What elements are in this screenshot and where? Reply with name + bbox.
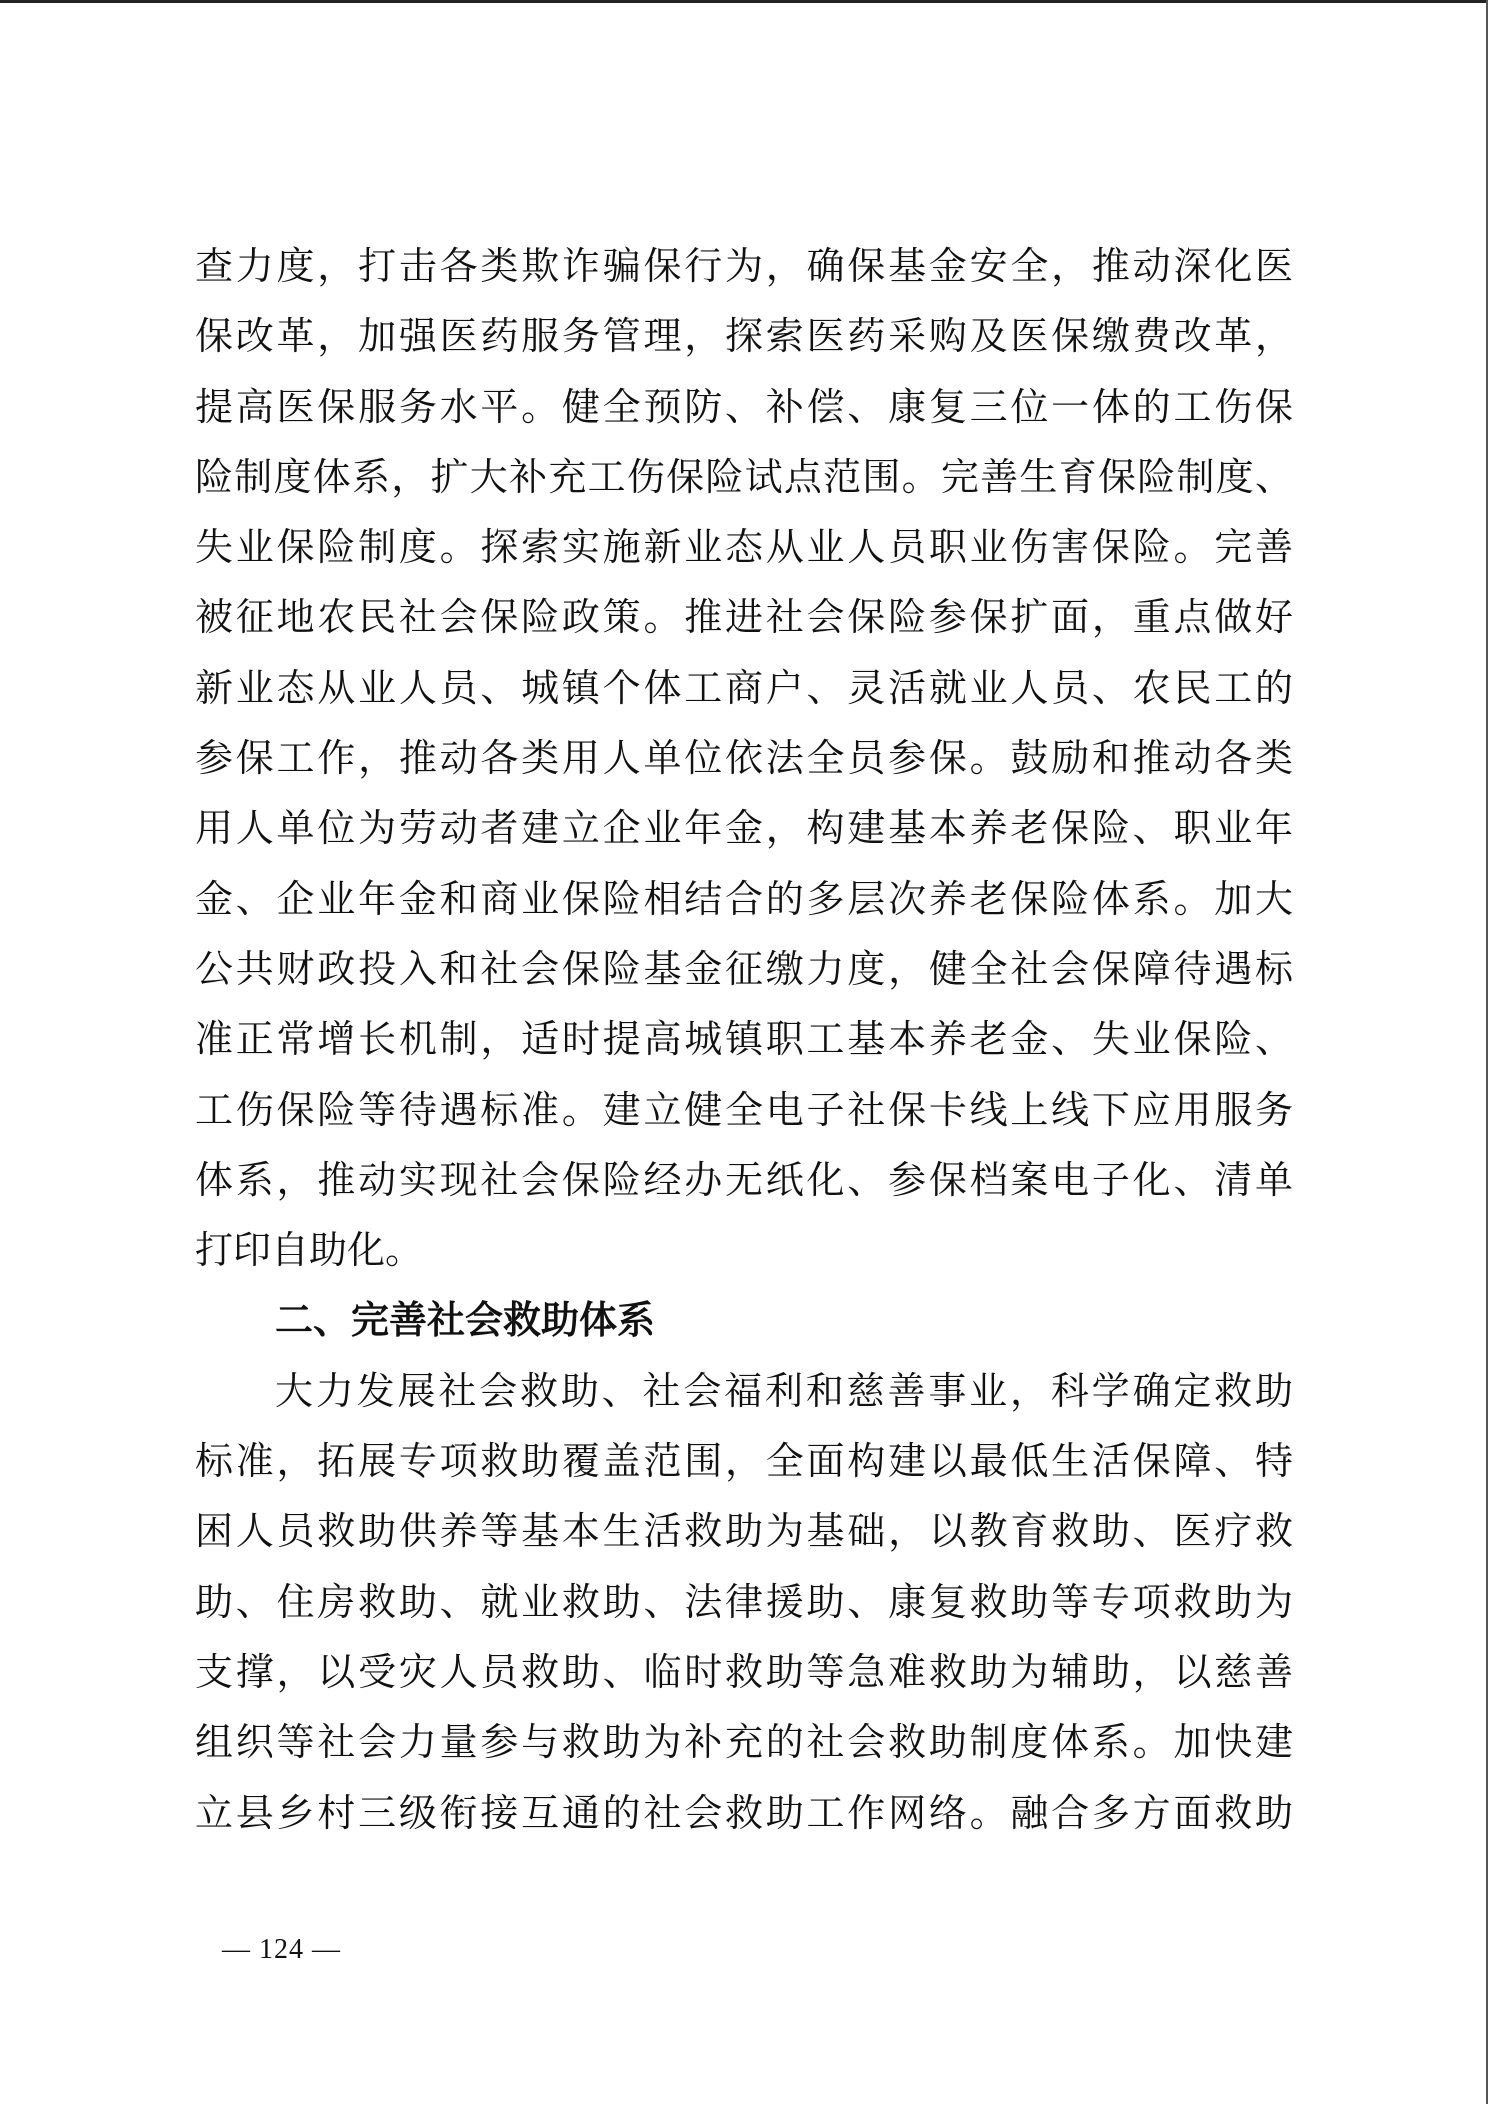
paragraph-end-line: 打印自助化。 xyxy=(195,1225,1293,1295)
body-line: 体系，推动实现社会保险经办无纸化、参保档案电子化、清单 xyxy=(195,1155,1293,1225)
page-number: — 124 — xyxy=(222,1934,341,1966)
body-line: 提高医保服务水平。健全预防、补偿、康复三位一体的工伤保 xyxy=(195,382,1293,452)
body-line: 公共财政投入和社会保险基金征缴力度，健全社会保障待遇标 xyxy=(195,944,1293,1014)
body-line: 失业保险制度。探索实施新业态从业人员职业伤害保险。完善 xyxy=(195,522,1293,592)
body-line: 金、企业年金和商业保险相结合的多层次养老保险体系。加大 xyxy=(195,874,1293,944)
section-heading: 二、完善社会救助体系 xyxy=(195,1295,1293,1365)
body-line: 准正常增长机制，适时提高城镇职工基本养老金、失业保险、 xyxy=(195,1014,1293,1084)
document-page: 查力度，打击各类欺诈骗保行为，确保基金安全，推动深化医 保改革，加强医药服务管理… xyxy=(195,241,1293,1858)
body-line: 困人员救助供养等基本生活救助为基础，以教育救助、医疗救 xyxy=(195,1506,1293,1576)
body-line: 新业态从业人员、城镇个体工商户、灵活就业人员、农民工的 xyxy=(195,663,1293,733)
body-line: 支撑，以受灾人员救助、临时救助等急难救助为辅助，以慈善 xyxy=(195,1647,1293,1717)
body-line: 保改革，加强医药服务管理，探索医药采购及医保缴费改革， xyxy=(195,311,1293,381)
body-line: 助、住房救助、就业救助、法律援助、康复救助等专项救助为 xyxy=(195,1577,1293,1647)
body-line: 被征地农民社会保险政策。推进社会保险参保扩面，重点做好 xyxy=(195,592,1293,662)
body-line: 标准，拓展专项救助覆盖范围，全面构建以最低生活保障、特 xyxy=(195,1436,1293,1506)
body-line: 立县乡村三级衔接互通的社会救助工作网络。融合多方面救助 xyxy=(195,1788,1293,1858)
top-border xyxy=(0,0,1488,3)
body-line: 用人单位为劳动者建立企业年金，构建基本养老保险、职业年 xyxy=(195,803,1293,873)
body-line: 险制度体系，扩大补充工伤保险试点范围。完善生育保险制度、 xyxy=(195,452,1293,522)
body-line: 查力度，打击各类欺诈骗保行为，确保基金安全，推动深化医 xyxy=(195,241,1293,311)
body-line: 参保工作，推动各类用人单位依法全员参保。鼓励和推动各类 xyxy=(195,733,1293,803)
body-line: 组织等社会力量参与救助为补充的社会救助制度体系。加快建 xyxy=(195,1717,1293,1787)
paragraph-first-line: 大力发展社会救助、社会福利和慈善事业，科学确定救助 xyxy=(195,1366,1293,1436)
body-line: 工伤保险等待遇标准。建立健全电子社保卡线上线下应用服务 xyxy=(195,1085,1293,1155)
